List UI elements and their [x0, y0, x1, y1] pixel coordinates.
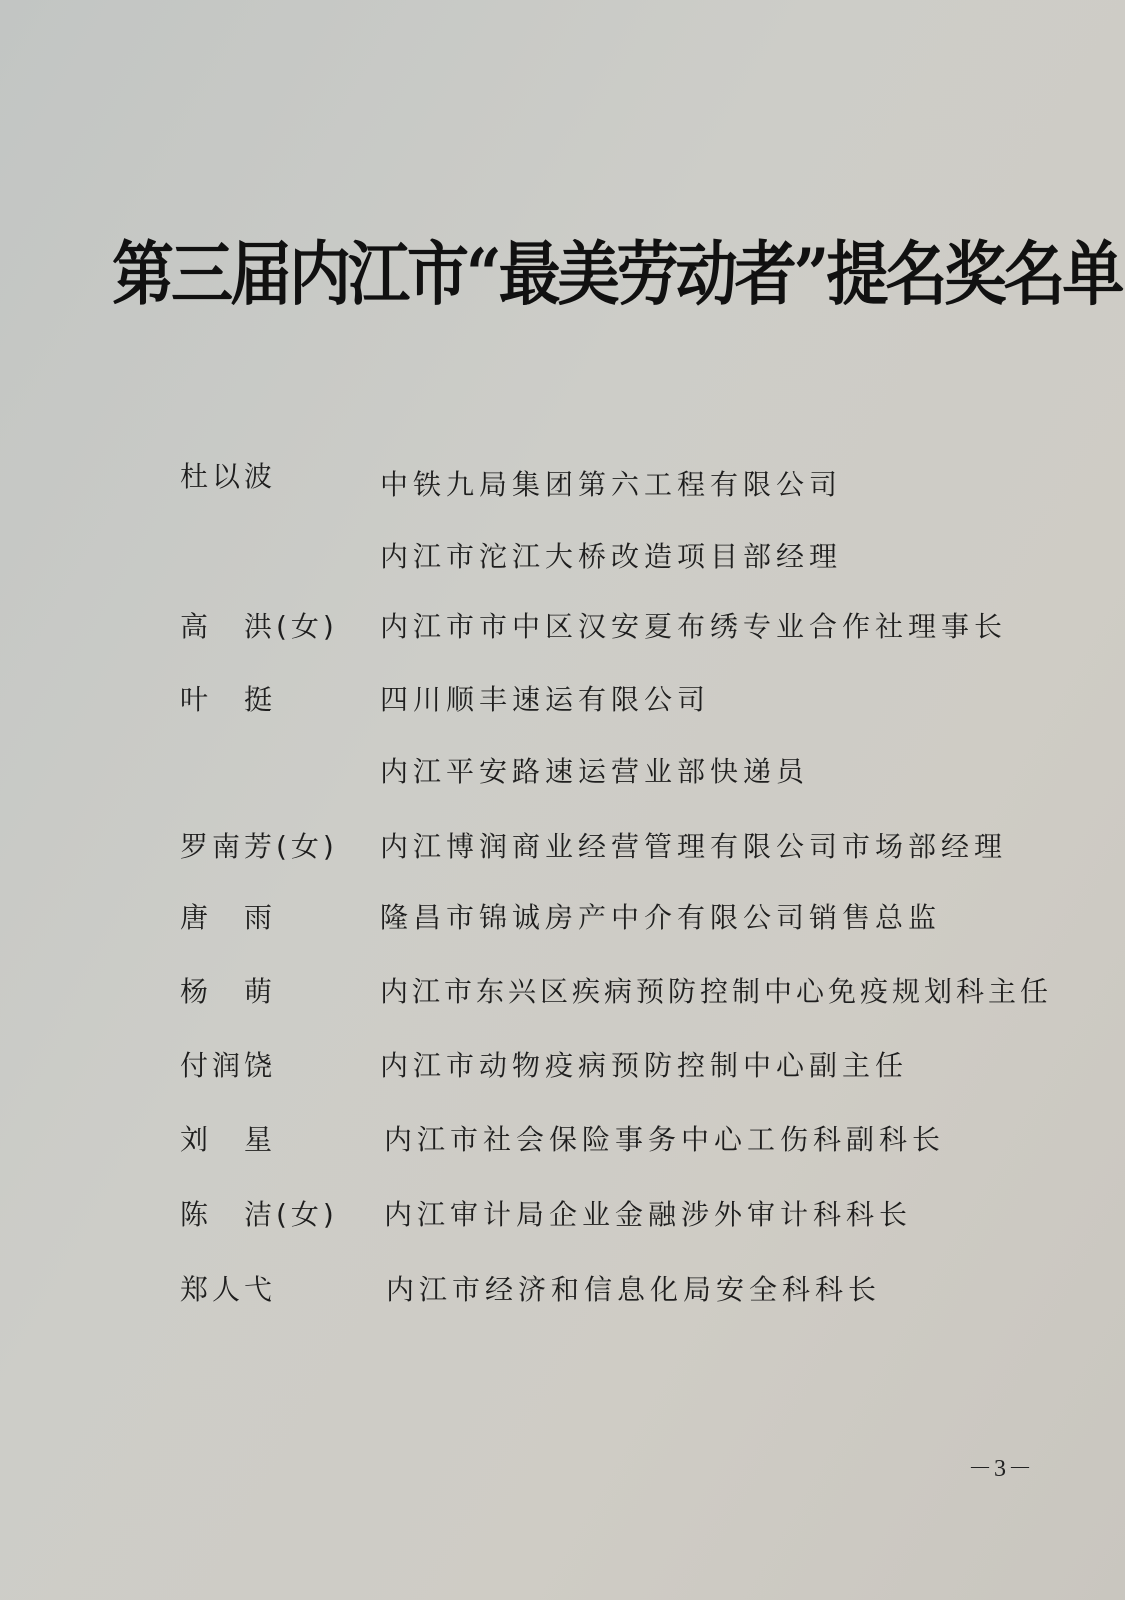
list-item: 杨 萌 内江市东兴区疾病预防控制中心免疫规划科主任 — [180, 972, 1060, 1012]
list-item: 付润饶 内江市动物疫病预防控制中心副主任 — [180, 1046, 1060, 1086]
list-item: 高 洪(女) 内江市市中区汉安夏布绣专业合作社理事长 — [180, 607, 1060, 647]
document-title: 第三届内江市“最美劳动者”提名奖名单 — [112, 224, 1012, 325]
nominee-position: 内江博润商业经营管理有限公司市场部经理 — [380, 827, 1007, 867]
nominee-name: 罗南芳(女) — [180, 827, 370, 867]
nominee-position: 隆昌市锦诚房产中介有限公司销售总监 — [380, 898, 941, 938]
nominee-name: 刘 星 — [180, 1120, 370, 1160]
nominee-name: 唐 雨 — [180, 898, 370, 938]
list-item: 杜以波 中铁九局集团第六工程有限公司 — [180, 457, 1060, 497]
list-item: 唐 雨 隆昌市锦诚房产中介有限公司销售总监 — [180, 898, 1060, 938]
nominee-position: 内江市动物疫病预防控制中心副主任 — [380, 1046, 908, 1086]
page-number: －3－ — [968, 1448, 1034, 1483]
nominee-position: 内江平安路速运营业部快递员 — [380, 752, 809, 792]
nominee-name: 杜以波 — [180, 457, 370, 497]
nominee-name: 付润饶 — [180, 1046, 370, 1086]
nominee-name: 郑人弋 — [180, 1270, 370, 1310]
nominee-position: 内江市经济和信息化局安全科科长 — [386, 1270, 881, 1310]
nominee-name: 陈 洁(女) — [180, 1195, 370, 1235]
nominee-name: 高 洪(女) — [180, 607, 370, 647]
nominee-position: 内江审计局企业金融涉外审计科科长 — [384, 1195, 912, 1235]
list-item: 郑人弋 内江市经济和信息化局安全科科长 — [180, 1270, 1060, 1310]
list-item-continuation: 内江平安路速运营业部快递员 — [180, 752, 1060, 792]
nominee-position: 内江市沱江大桥改造项目部经理 — [380, 537, 842, 577]
list-item: 罗南芳(女) 内江博润商业经营管理有限公司市场部经理 — [180, 827, 1060, 867]
list-item: 刘 星 内江市社会保险事务中心工伤科副科长 — [180, 1120, 1060, 1160]
nominee-position: 中铁九局集团第六工程有限公司 — [380, 465, 842, 505]
nominee-position: 内江市东兴区疾病预防控制中心免疫规划科主任 — [380, 972, 1052, 1012]
nominee-position: 四川顺丰速运有限公司 — [380, 680, 710, 720]
nominee-name: 杨 萌 — [180, 972, 370, 1012]
nominee-position: 内江市市中区汉安夏布绣专业合作社理事长 — [380, 607, 1007, 647]
list-item: 叶 挺 四川顺丰速运有限公司 — [180, 680, 1060, 720]
document-page: 第三届内江市“最美劳动者”提名奖名单 杜以波 中铁九局集团第六工程有限公司 内江… — [0, 0, 1125, 1600]
list-item-continuation: 内江市沱江大桥改造项目部经理 — [180, 537, 1060, 577]
nominee-name: 叶 挺 — [180, 680, 370, 720]
list-item: 陈 洁(女) 内江审计局企业金融涉外审计科科长 — [180, 1195, 1060, 1235]
nominee-position: 内江市社会保险事务中心工伤科副科长 — [384, 1120, 945, 1160]
